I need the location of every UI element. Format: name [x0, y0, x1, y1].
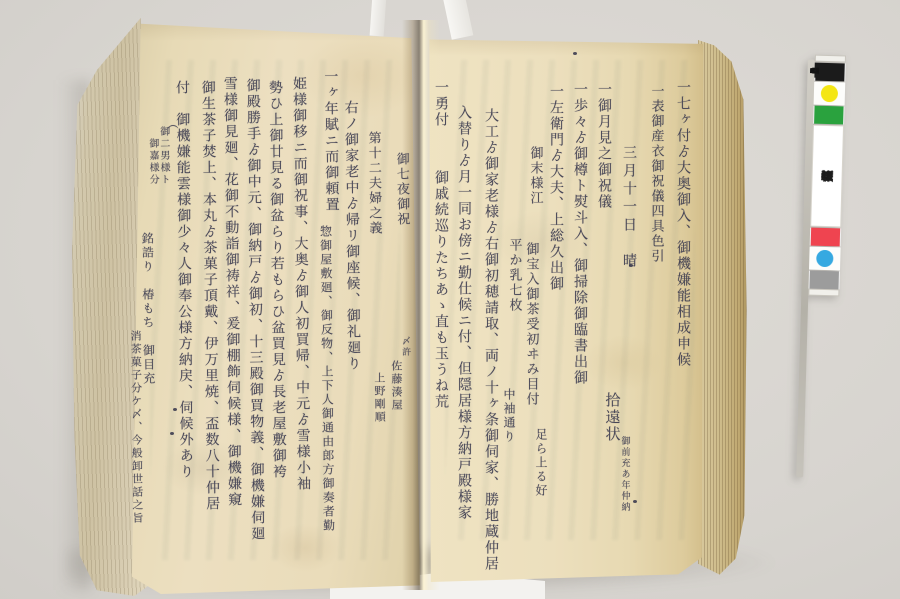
- blue-circle-patch: [809, 247, 841, 271]
- yellow-circle: [821, 85, 838, 102]
- scale-bar-body: 11500-3410A 館書文県井福: [808, 55, 846, 297]
- ink-bleed-texture-right: [445, 60, 695, 540]
- yellow-circle-patch: [814, 82, 846, 106]
- scale-bar-top-cap: [815, 55, 846, 63]
- cradle-post-right: [443, 0, 474, 40]
- blue-circle: [816, 250, 833, 267]
- gray-patch: [808, 271, 839, 290]
- scale-bar-bottom-cap: [808, 289, 839, 297]
- right-page-edge-stack: [698, 40, 752, 580]
- cradle-post-left: [370, 0, 387, 36]
- photo-of-open-manuscript-book: 一七ヶ付ゟ大奥御入、御機嫌能相成申候一表御産衣御祝儀四具色引三月十一日 晴一御月…: [0, 0, 900, 599]
- scale-id-char-tile: A: [814, 63, 816, 78]
- scale-bar: 11500-3410A 館書文県井福: [808, 54, 848, 55]
- book-gutter: [402, 20, 440, 590]
- scale-bar-org-label: 館書文県井福: [810, 125, 844, 228]
- ink-bleed-texture-left: [150, 60, 400, 560]
- red-patch: [810, 228, 841, 247]
- green-patch: [813, 106, 844, 125]
